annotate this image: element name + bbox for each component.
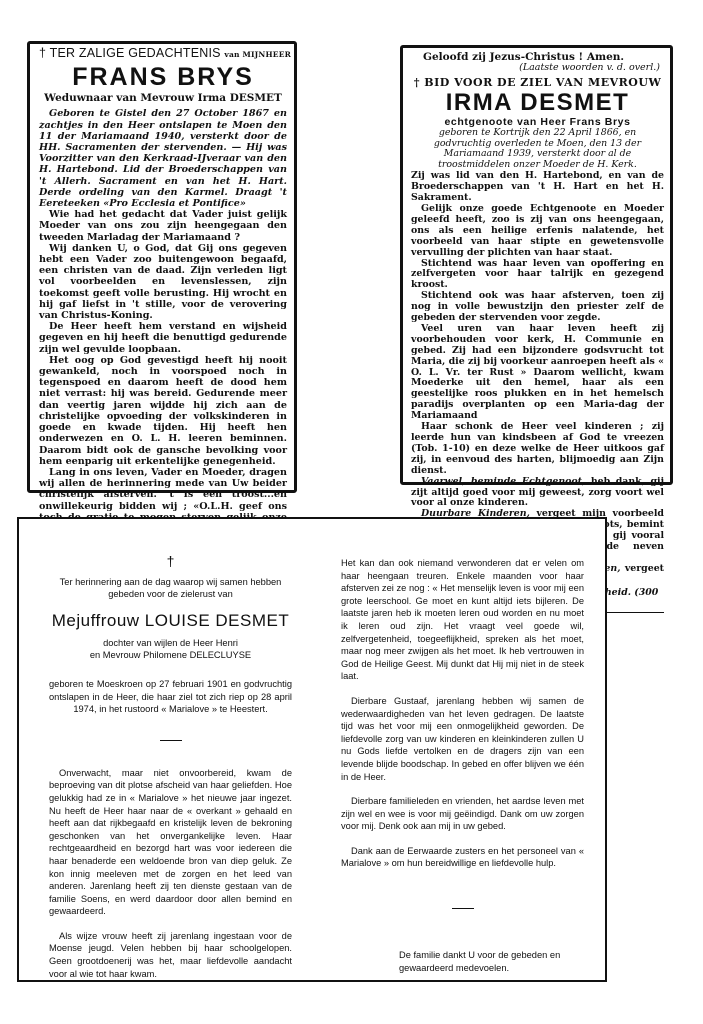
paragraph: Onverwacht, maar niet onvoorbereid, kwam…: [49, 767, 292, 918]
paragraph: Als wijze vrouw heeft zij jarenlang inge…: [49, 930, 292, 980]
farewell-lead: Vaarwel, beminde Echtgenoot,: [421, 476, 585, 487]
paragraph: De Heer heeft hem verstand en wijsheid g…: [39, 321, 287, 355]
paragraph: Dierbare Gustaaf, jarenlang hebben wij s…: [341, 695, 584, 783]
paragraph: Dierbare familieleden en vrienden, het a…: [341, 795, 584, 833]
intro-text: Ter herinnering aan de dag waarop wij sa…: [49, 576, 292, 601]
paragraph: Wie had het gedacht dat Vader juist geli…: [39, 209, 287, 243]
card-header: † TER ZALIGE GEDACHTENIS van MIJNHEER: [39, 48, 287, 60]
subtitle: echtgenoote van Heer Frans Brys: [411, 117, 664, 128]
left-column: † Ter herinnering aan de dag waarop wij …: [49, 519, 292, 992]
membership: Zij was lid van den H. Hartebond, en van…: [411, 171, 664, 204]
header-text: TER ZALIGE GEDACHTENIS: [50, 46, 221, 60]
deceased-name: FRANS BRYS: [39, 64, 287, 90]
paragraph: Stichtend was haar leven van opoffering …: [411, 259, 664, 292]
paragraph: Dank aan de Eerwaarde zusters en het per…: [341, 845, 584, 870]
cross-icon: †: [39, 46, 46, 60]
farewell-spouse: Vaarwel, beminde Echtgenoot, heb dank, g…: [411, 477, 664, 510]
prayer-line: † BID VOOR DE ZIEL VAN MEVROUW: [411, 78, 664, 89]
parents: dochter van wijlen de Heer Henri en Mevr…: [49, 637, 292, 662]
paragraph: Wij danken U, o God, dat Gij ons gegeven…: [39, 243, 287, 321]
memorial-card-louise-desmet: † Ter herinnering aan de dag waarop wij …: [17, 517, 607, 982]
opening-note: (Laatste woorden v. d. overl.): [411, 63, 664, 74]
biography: geboren te Kortrijk den 22 April 1866, e…: [411, 128, 664, 172]
memorial-card-irma-desmet: Geloofd zij Jezus-Christus ! Amen. (Laat…: [400, 45, 673, 485]
cross-icon: †: [49, 555, 292, 568]
divider: [452, 908, 474, 909]
deceased-name: Mejuffrouw LOUISE DESMET: [49, 611, 292, 631]
paragraph: Veel uren van haar leven heeft zij voorb…: [411, 324, 664, 422]
deceased-name: IRMA DESMET: [411, 91, 664, 115]
right-column: Het kan dan ook niemand verwonderen dat …: [341, 519, 584, 974]
parents-line-2: en Mevrouw Philomene DELECLUYSE: [49, 649, 292, 662]
paragraph: Het kan dan ook niemand verwonderen dat …: [341, 557, 584, 683]
paragraph: Stichtend ook was haar afsterven, toen z…: [411, 291, 664, 324]
parents-line-1: dochter van wijlen de Heer Henri: [49, 637, 292, 650]
paragraph: Gelijk onze goede Echtgenoote en Moeder …: [411, 204, 664, 259]
paragraph: Haar schonk de Heer veel kinderen ; zij …: [411, 422, 664, 477]
family-thanks: De familie dankt U voor de gebeden en ge…: [341, 949, 584, 974]
subtitle: Weduwnaar van Mevrouw Irma DESMET: [39, 93, 287, 104]
memorial-card-frans-brys: † TER ZALIGE GEDACHTENIS van MIJNHEER FR…: [27, 41, 297, 493]
birth-death-info: geboren te Moeskroen op 27 februari 1901…: [49, 678, 292, 716]
header-small: van MIJNHEER: [224, 50, 291, 59]
biography: Geboren te Gistel den 27 October 1867 en…: [39, 108, 287, 209]
paragraph: Het oog op God gevestigd heeft hij nooit…: [39, 355, 287, 467]
divider: [160, 740, 182, 741]
